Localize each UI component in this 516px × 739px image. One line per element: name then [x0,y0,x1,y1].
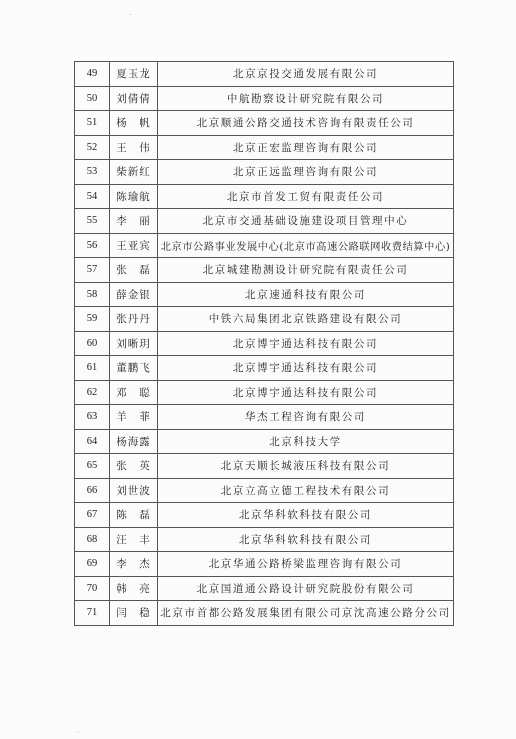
table-row: 56王亚宾北京市公路事业发展中心(北京市高速公路联网收费结算中心) [75,233,454,258]
organization-cell: 北京顺通公路交通技术咨询有限责任公司 [158,111,454,136]
person-name-cell: 董鹏飞 [110,356,158,381]
organization-cell: 北京博宇通达科技有限公司 [158,331,454,356]
person-name-cell: 韩 亮 [110,576,158,601]
row-number-cell: 51 [75,111,110,136]
table-row: 58薛金银北京速通科技有限公司 [75,282,454,307]
organization-cell: 北京速通科技有限公司 [158,282,454,307]
table-row: 51杨 帆北京顺通公路交通技术咨询有限责任公司 [75,111,454,136]
table-row: 70韩 亮北京国道通公路设计研究院股份有限公司 [75,576,454,601]
row-number-cell: 64 [75,429,110,454]
person-name-cell: 王 伟 [110,135,158,160]
table-row: 50刘倩倩中航勘察设计研究院有限公司 [75,86,454,111]
person-name-cell: 陈 磊 [110,503,158,528]
row-number-cell: 61 [75,356,110,381]
table-row: 57张 磊北京城建勘测设计研究院有限责任公司 [75,258,454,283]
roster-table-body: 49夏玉龙北京京投交通发展有限公司50刘倩倩中航勘察设计研究院有限公司51杨 帆… [75,62,454,626]
person-name-cell: 张 英 [110,454,158,479]
person-name-cell: 邓 聪 [110,380,158,405]
organization-cell: 中航勘察设计研究院有限公司 [158,86,454,111]
row-number-cell: 60 [75,331,110,356]
person-name-cell: 羊 菲 [110,405,158,430]
person-name-cell: 杨海露 [110,429,158,454]
person-name-cell: 闫 稳 [110,601,158,626]
row-number-cell: 56 [75,233,110,258]
organization-cell: 北京市首都公路发展集团有限公司京沈高速公路分公司 [158,601,454,626]
table-row: 54陈瑜航北京市首发工贸有限责任公司 [75,184,454,209]
organization-cell: 北京博宇通达科技有限公司 [158,356,454,381]
table-row: 64杨海露北京科技大学 [75,429,454,454]
organization-cell: 北京华科软科技有限公司 [158,527,454,552]
row-number-cell: 50 [75,86,110,111]
person-name-cell: 张 磊 [110,258,158,283]
table-row: 66刘世波北京立高立德工程技术有限公司 [75,478,454,503]
row-number-cell: 49 [75,62,110,87]
person-name-cell: 夏玉龙 [110,62,158,87]
row-number-cell: 71 [75,601,110,626]
table-row: 52王 伟北京正宏监理咨询有限公司 [75,135,454,160]
organization-cell: 华杰工程咨询有限公司 [158,405,454,430]
organization-cell: 北京天顺长城液压科技有限公司 [158,454,454,479]
organization-cell: 北京正宏监理咨询有限公司 [158,135,454,160]
person-name-cell: 汪 丰 [110,527,158,552]
scan-speck [130,14,131,15]
organization-cell: 北京市交通基础设施建设项目管理中心 [158,209,454,234]
row-number-cell: 52 [75,135,110,160]
row-number-cell: 69 [75,552,110,577]
person-name-cell: 王亚宾 [110,233,158,258]
table-row: 61董鹏飞北京博宇通达科技有限公司 [75,356,454,381]
row-number-cell: 63 [75,405,110,430]
table-row: 71闫 稳北京市首都公路发展集团有限公司京沈高速公路分公司 [75,601,454,626]
table-row: 53柴新红北京正远监理咨询有限公司 [75,160,454,185]
person-name-cell: 刘世波 [110,478,158,503]
row-number-cell: 57 [75,258,110,283]
row-number-cell: 62 [75,380,110,405]
organization-cell: 中铁六局集团北京铁路建设有限公司 [158,307,454,332]
organization-cell: 北京市公路事业发展中心(北京市高速公路联网收费结算中心) [158,233,454,258]
row-number-cell: 58 [75,282,110,307]
roster-table: 49夏玉龙北京京投交通发展有限公司50刘倩倩中航勘察设计研究院有限公司51杨 帆… [74,61,454,626]
table-row: 55李 丽北京市交通基础设施建设项目管理中心 [75,209,454,234]
table-row: 60刘晰玥北京博宇通达科技有限公司 [75,331,454,356]
organization-cell: 北京立高立德工程技术有限公司 [158,478,454,503]
person-name-cell: 李 丽 [110,209,158,234]
table-row: 67陈 磊北京华科软科技有限公司 [75,503,454,528]
person-name-cell: 薛金银 [110,282,158,307]
organization-cell: 北京华通公路桥梁监理咨询有限公司 [158,552,454,577]
organization-cell: 北京华科软科技有限公司 [158,503,454,528]
scan-speck [78,731,79,732]
organization-cell: 北京城建勘测设计研究院有限责任公司 [158,258,454,283]
person-name-cell: 陈瑜航 [110,184,158,209]
table-row: 65张 英北京天顺长城液压科技有限公司 [75,454,454,479]
table-row: 68汪 丰北京华科软科技有限公司 [75,527,454,552]
row-number-cell: 67 [75,503,110,528]
row-number-cell: 54 [75,184,110,209]
row-number-cell: 59 [75,307,110,332]
organization-cell: 北京博宇通达科技有限公司 [158,380,454,405]
row-number-cell: 68 [75,527,110,552]
row-number-cell: 55 [75,209,110,234]
table-row: 59张丹丹中铁六局集团北京铁路建设有限公司 [75,307,454,332]
person-name-cell: 张丹丹 [110,307,158,332]
person-name-cell: 刘倩倩 [110,86,158,111]
row-number-cell: 65 [75,454,110,479]
organization-cell: 北京国道通公路设计研究院股份有限公司 [158,576,454,601]
organization-cell: 北京市首发工贸有限责任公司 [158,184,454,209]
row-number-cell: 53 [75,160,110,185]
table-row: 49夏玉龙北京京投交通发展有限公司 [75,62,454,87]
table-row: 62邓 聪北京博宇通达科技有限公司 [75,380,454,405]
person-name-cell: 刘晰玥 [110,331,158,356]
person-name-cell: 柴新红 [110,160,158,185]
organization-cell: 北京科技大学 [158,429,454,454]
document-page: 49夏玉龙北京京投交通发展有限公司50刘倩倩中航勘察设计研究院有限公司51杨 帆… [0,0,516,739]
organization-cell: 北京正远监理咨询有限公司 [158,160,454,185]
table-row: 69李 杰北京华通公路桥梁监理咨询有限公司 [75,552,454,577]
person-name-cell: 李 杰 [110,552,158,577]
row-number-cell: 66 [75,478,110,503]
row-number-cell: 70 [75,576,110,601]
organization-cell: 北京京投交通发展有限公司 [158,62,454,87]
table-row: 63羊 菲华杰工程咨询有限公司 [75,405,454,430]
person-name-cell: 杨 帆 [110,111,158,136]
